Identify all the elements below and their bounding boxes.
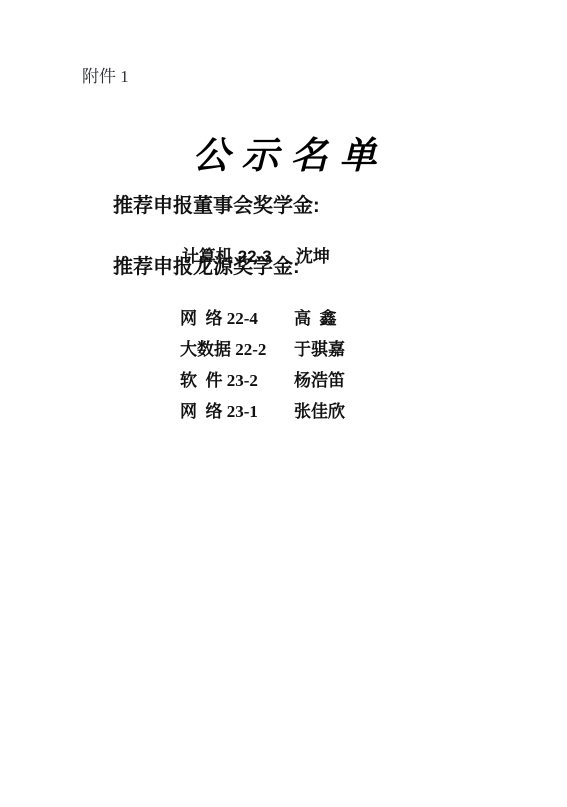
document-page: 附件 1 公示名单 推荐申报董事会奖学金: 计算机 22-3沈坤 推荐申报龙源奖… xyxy=(0,0,567,807)
student-name: 沈坤 xyxy=(296,242,330,267)
section-heading-board-scholarship: 推荐申报董事会奖学金: xyxy=(113,189,320,218)
section-heading-longyuan-scholarship: 推荐申报龙源奖学金: xyxy=(113,250,300,279)
student-name: 张佳欣 xyxy=(294,397,345,422)
attachment-label: 附件 1 xyxy=(82,62,129,87)
class-label: 网 络 23-1 xyxy=(180,397,294,422)
document-title: 公示名单 xyxy=(0,125,567,179)
student-row: 网 络 23-1张佳欣 xyxy=(163,377,345,442)
